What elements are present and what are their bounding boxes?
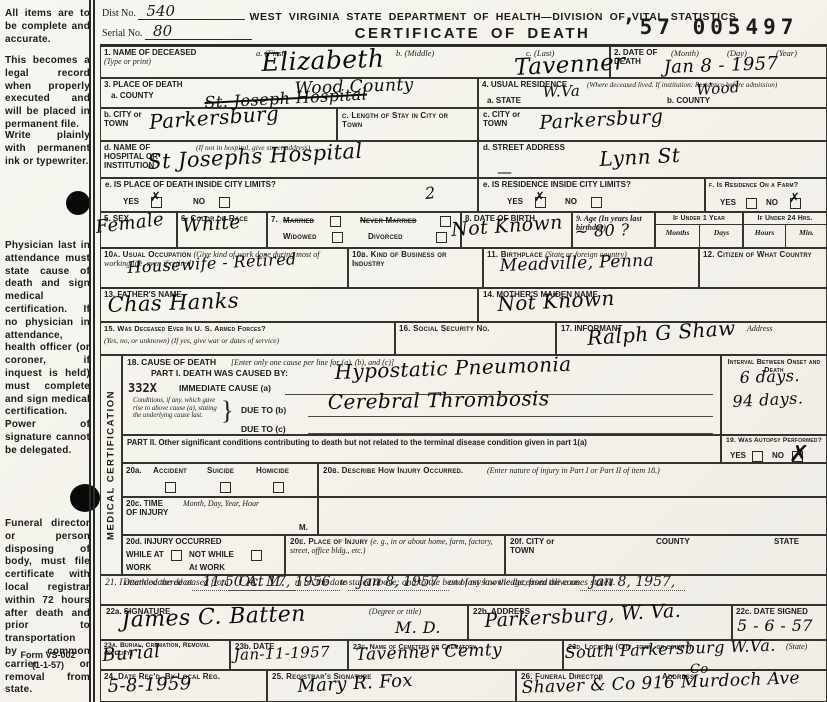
- dist-no-label: Dist No.: [102, 8, 136, 19]
- no-checkbox: ✗: [790, 198, 801, 209]
- field-was-autopsy-performed: 19. Was Autopsy Performed? YES NO: [721, 435, 827, 463]
- middle-name-label: b. (Middle): [396, 49, 434, 59]
- field-social-security-no: 16. Social Security No.: [395, 322, 556, 355]
- check-x-mark: ✗: [150, 191, 161, 206]
- field-label: d. STREET ADDRESS: [483, 144, 565, 153]
- never-married-label: Never Married: [360, 217, 417, 226]
- homicide-label: Homicide: [256, 467, 289, 476]
- hw-autopsy-no-x: ✗: [788, 439, 810, 468]
- field-label: b. CITY or TOWN: [104, 111, 142, 129]
- due-to-c-label: DUE TO (c): [241, 425, 286, 435]
- yes-label: YES: [507, 198, 523, 207]
- field-if-under-24-hrs: If Under 24 Hrs. Hours Min.: [743, 212, 827, 248]
- meridiem-label: M.: [299, 524, 308, 533]
- field-label-sub: (Enter nature of injury in Part I or Par…: [487, 467, 660, 476]
- under-24-hrs-label: If Under 24 Hrs.: [744, 213, 826, 225]
- due-to-b-label: DUE TO (b): [241, 406, 286, 416]
- field-citizen-of-country: 12. Citizen of What Country: [699, 248, 827, 288]
- field-number: 20a.: [126, 467, 142, 476]
- field-label-sub: (Yes, no, or unknown) (If yes, give war …: [104, 337, 389, 345]
- hole-punch-bottom: [70, 484, 100, 512]
- suicide-checkbox: [220, 482, 231, 493]
- at-work-label: At WORK: [189, 564, 225, 573]
- homicide-checkbox: [273, 482, 284, 493]
- field-injury-city-county-state: 20f. CITY or TOWN COUNTY STATE: [505, 535, 827, 575]
- field-label: e. IS PLACE OF DEATH INSIDE CITY LIMITS?: [105, 181, 276, 190]
- field-time-of-injury-blank: [318, 497, 827, 535]
- field-usual-residence: 4. USUAL RESIDENCE (Where deceased lived…: [478, 78, 827, 108]
- certificate-number: ’57 005497: [622, 15, 798, 39]
- city-label: 20f. CITY or TOWN: [510, 538, 555, 556]
- widowed-checkbox: [332, 232, 343, 243]
- field-accident-suicide-homicide: 20a. Accident Suicide Homicide: [122, 463, 318, 497]
- margin-note-legal: This becomes a legal record when properl…: [5, 55, 90, 132]
- death-occurred-text: Death occurred at: [123, 578, 192, 588]
- field-label: 20d. INJURY OCCURRED: [126, 538, 222, 547]
- while-at-work-checkbox: [171, 550, 182, 561]
- never-married-checkbox: [440, 216, 451, 227]
- yes-checkbox: [752, 451, 763, 462]
- yes-label: YES: [123, 198, 139, 207]
- hw-fathers-name: Chas Hanks: [107, 288, 239, 317]
- field-label: 1. NAME OF DECEASED (Type or print): [104, 49, 199, 67]
- field-label-text: 20e. Place of Injury: [290, 537, 368, 546]
- yes-checkbox: ✗: [535, 197, 546, 208]
- form-number-text: Form VS-002: [20, 650, 75, 660]
- check-x-mark: ✗: [534, 191, 545, 206]
- state-sub-label: (State): [786, 643, 807, 652]
- check-x-mark: ✗: [789, 192, 800, 207]
- while-at-label: WHILE AT: [126, 551, 164, 560]
- death-certificate-scan: All items are to be complete and accurat…: [0, 0, 827, 702]
- serial-no-value: 80: [145, 25, 252, 40]
- min-label: Min.: [786, 225, 827, 249]
- hw-due-to-b: Cerebral Thrombosis: [328, 386, 550, 414]
- divorced-label: Divorced: [368, 233, 403, 242]
- field-if-under-1-year: If Under 1 Year Months Days: [655, 212, 743, 248]
- field-residence-on-farm: f. Is Residence On a Farm? YES NO ✗: [705, 178, 827, 212]
- field-label: 3. PLACE OF DEATH: [104, 81, 183, 90]
- work-label: WORK: [126, 564, 151, 573]
- field-label: 20c. TIME OF INJURY: [126, 500, 172, 518]
- field-label-sub: (Type or print): [104, 57, 151, 66]
- part1-label: PART I. DEATH WAS CAUSED BY:: [151, 369, 288, 379]
- field-injury-occurred-at-work: 20d. INJURY OCCURRED WHILE AT NOT WHILE …: [122, 535, 285, 575]
- hw-date-received: 5-8-1959: [107, 673, 192, 697]
- hw-interval-a: 6 days.: [739, 366, 800, 387]
- form-number: Form VS-002 (1-1-57): [12, 650, 84, 670]
- field-kind-of-business: 10b. Kind of Business or Industry: [348, 248, 483, 288]
- field-time-of-injury: 20c. TIME OF INJURY Month, Day, Year, Ho…: [122, 497, 318, 535]
- field-label: c. CITY or TOWN: [483, 111, 521, 129]
- field-death-inside-city-limits: e. IS PLACE OF DEATH INSIDE CITY LIMITS?…: [100, 178, 478, 212]
- field-label-sub: Month, Day, Year, Hour: [183, 500, 278, 509]
- no-label: NO: [565, 198, 577, 207]
- immediate-cause-label: IMMEDIATE CAUSE (a): [179, 384, 271, 394]
- margin-note-funeral: Funeral director or person disposing of …: [5, 518, 90, 697]
- field-label: 20e. Place of Injury (e. g., in or about…: [290, 538, 500, 556]
- part2-label: PART II. Other significant conditions co…: [127, 439, 715, 448]
- field-label-text: 1. NAME OF DECEASED: [104, 48, 196, 57]
- hw-date-signed: 5 - 6 - 57: [737, 616, 813, 635]
- hw-interval-b: 94 days.: [732, 388, 804, 411]
- cause-code-stamp: 332X: [128, 382, 157, 395]
- field-label: 16. Social Security No.: [399, 325, 490, 334]
- hw-burial-date: Jan-11-1957: [233, 643, 330, 664]
- field-length-of-stay: c. Length of Stay in City or Town: [337, 108, 478, 141]
- widowed-label: Widowed: [283, 233, 317, 242]
- margin-note-ink: Write plainly with permanent ink or type…: [5, 130, 90, 168]
- no-label: NO: [772, 452, 784, 461]
- state-label: a. STATE: [487, 97, 521, 106]
- months-label: Months: [656, 225, 700, 249]
- serial-no: Serial No. 80: [102, 25, 252, 40]
- hw-stray-mark: 2: [424, 183, 437, 203]
- hole-punch-top: [66, 191, 90, 215]
- field-attended-statement: 21. I attended the deceased fromOct 17, …: [100, 575, 827, 605]
- hw-age: ~ 80 ?: [574, 220, 630, 241]
- no-checkbox: [219, 197, 230, 208]
- suicide-label: Suicide: [207, 467, 234, 476]
- address-label: Address: [747, 325, 772, 334]
- field-marital-status: 7. Married Never Married Widowed Divorce…: [267, 212, 461, 248]
- no-label: NO: [193, 198, 205, 207]
- margin-note-complete: All items are to be complete and accurat…: [5, 8, 90, 46]
- no-label: NO: [766, 199, 778, 208]
- form-revision-text: (1-1-57): [32, 660, 64, 670]
- married-checkbox: [330, 216, 341, 227]
- year-label: (Year): [776, 49, 797, 59]
- attended-line-2: Death occurred at11:50 A. M.m on the dat…: [105, 578, 615, 589]
- hw-first-name: Elizabeth: [261, 44, 385, 77]
- not-while-label: NOT WHILE: [189, 551, 234, 560]
- field-armed-forces: 15. Was Deceased Ever In U. S. Armed For…: [100, 322, 395, 355]
- medical-certification-label: MEDICAL CERTIFICATION: [106, 390, 117, 540]
- left-double-rule: [89, 0, 95, 702]
- cause-c-line: [308, 433, 713, 434]
- days-label: Days: [700, 225, 743, 249]
- death-time-value: 11:50 A. M.: [192, 574, 295, 591]
- field-label: 15. Was Deceased Ever In U. S. Armed For…: [104, 325, 389, 333]
- hw-street-dash-mark: —: [497, 163, 512, 181]
- field-label: 20b. Describe How Injury Occurred.: [323, 467, 464, 476]
- field-label: c. Length of Stay in City or Town: [342, 112, 462, 130]
- under-1-year-label: If Under 1 Year: [656, 213, 742, 225]
- hw-residence-county: Wood: [696, 78, 741, 99]
- hw-date-of-death: Jan 8 - 1957: [663, 53, 779, 78]
- field-label: e. IS RESIDENCE INSIDE CITY LIMITS?: [483, 181, 631, 190]
- hw-residence-state: W.Va: [542, 82, 580, 101]
- no-checkbox: [591, 197, 602, 208]
- hw-race: White: [181, 211, 241, 237]
- accident-label: Accident: [153, 467, 187, 476]
- margin-note-physician: Physician last in attendance must state …: [5, 240, 90, 458]
- conditions-note: Conditions, if any, which gave rise to a…: [133, 397, 221, 420]
- cause-b-line: [308, 416, 713, 417]
- yes-checkbox: ✗: [151, 197, 162, 208]
- serial-no-label: Serial No.: [102, 28, 143, 39]
- hw-degree: M. D.: [395, 618, 441, 637]
- death-occurred-text-2: m on the date stated above; and to the b…: [295, 578, 615, 588]
- field-label: 18. CAUSE OF DEATH: [127, 358, 216, 368]
- dist-no: Dist No. 540: [102, 5, 245, 20]
- brace-glyph: }: [221, 396, 233, 425]
- certificate-title: CERTIFICATE OF DEATH: [300, 25, 645, 42]
- accident-checkbox: [165, 482, 176, 493]
- state-label: STATE: [774, 538, 799, 547]
- yes-label: YES: [730, 452, 746, 461]
- degree-label: (Degree or title): [369, 608, 421, 617]
- field-describe-how-injury-occurred: 20b. Describe How Injury Occurred. (Ente…: [318, 463, 827, 497]
- field-label: 12. Citizen of What Country: [703, 251, 823, 260]
- hw-street-address: Lynn St: [599, 143, 681, 171]
- hours-label: Hours: [744, 225, 786, 249]
- county-label: a. COUNTY: [111, 92, 154, 101]
- field-label: 10b. Kind of Business or Industry: [352, 251, 467, 269]
- field-place-of-injury: 20e. Place of Injury (e. g., in or about…: [285, 535, 505, 575]
- field-part2-conditions: PART II. Other significant conditions co…: [122, 435, 721, 463]
- hw-burial: Burial: [102, 641, 161, 666]
- county-label: COUNTY: [656, 538, 690, 547]
- yes-checkbox: [746, 198, 757, 209]
- yes-label: YES: [720, 199, 736, 208]
- married-label: Married: [283, 217, 314, 226]
- divorced-checkbox: [436, 232, 447, 243]
- medical-certification-strip: MEDICAL CERTIFICATION: [100, 355, 122, 575]
- field-residence-inside-city-limits: e. IS RESIDENCE INSIDE CITY LIMITS? YES …: [478, 178, 705, 212]
- field-number: 7.: [271, 216, 278, 225]
- not-while-at-work-checkbox: [251, 550, 262, 561]
- field-label: f. Is Residence On a Farm?: [709, 181, 825, 189]
